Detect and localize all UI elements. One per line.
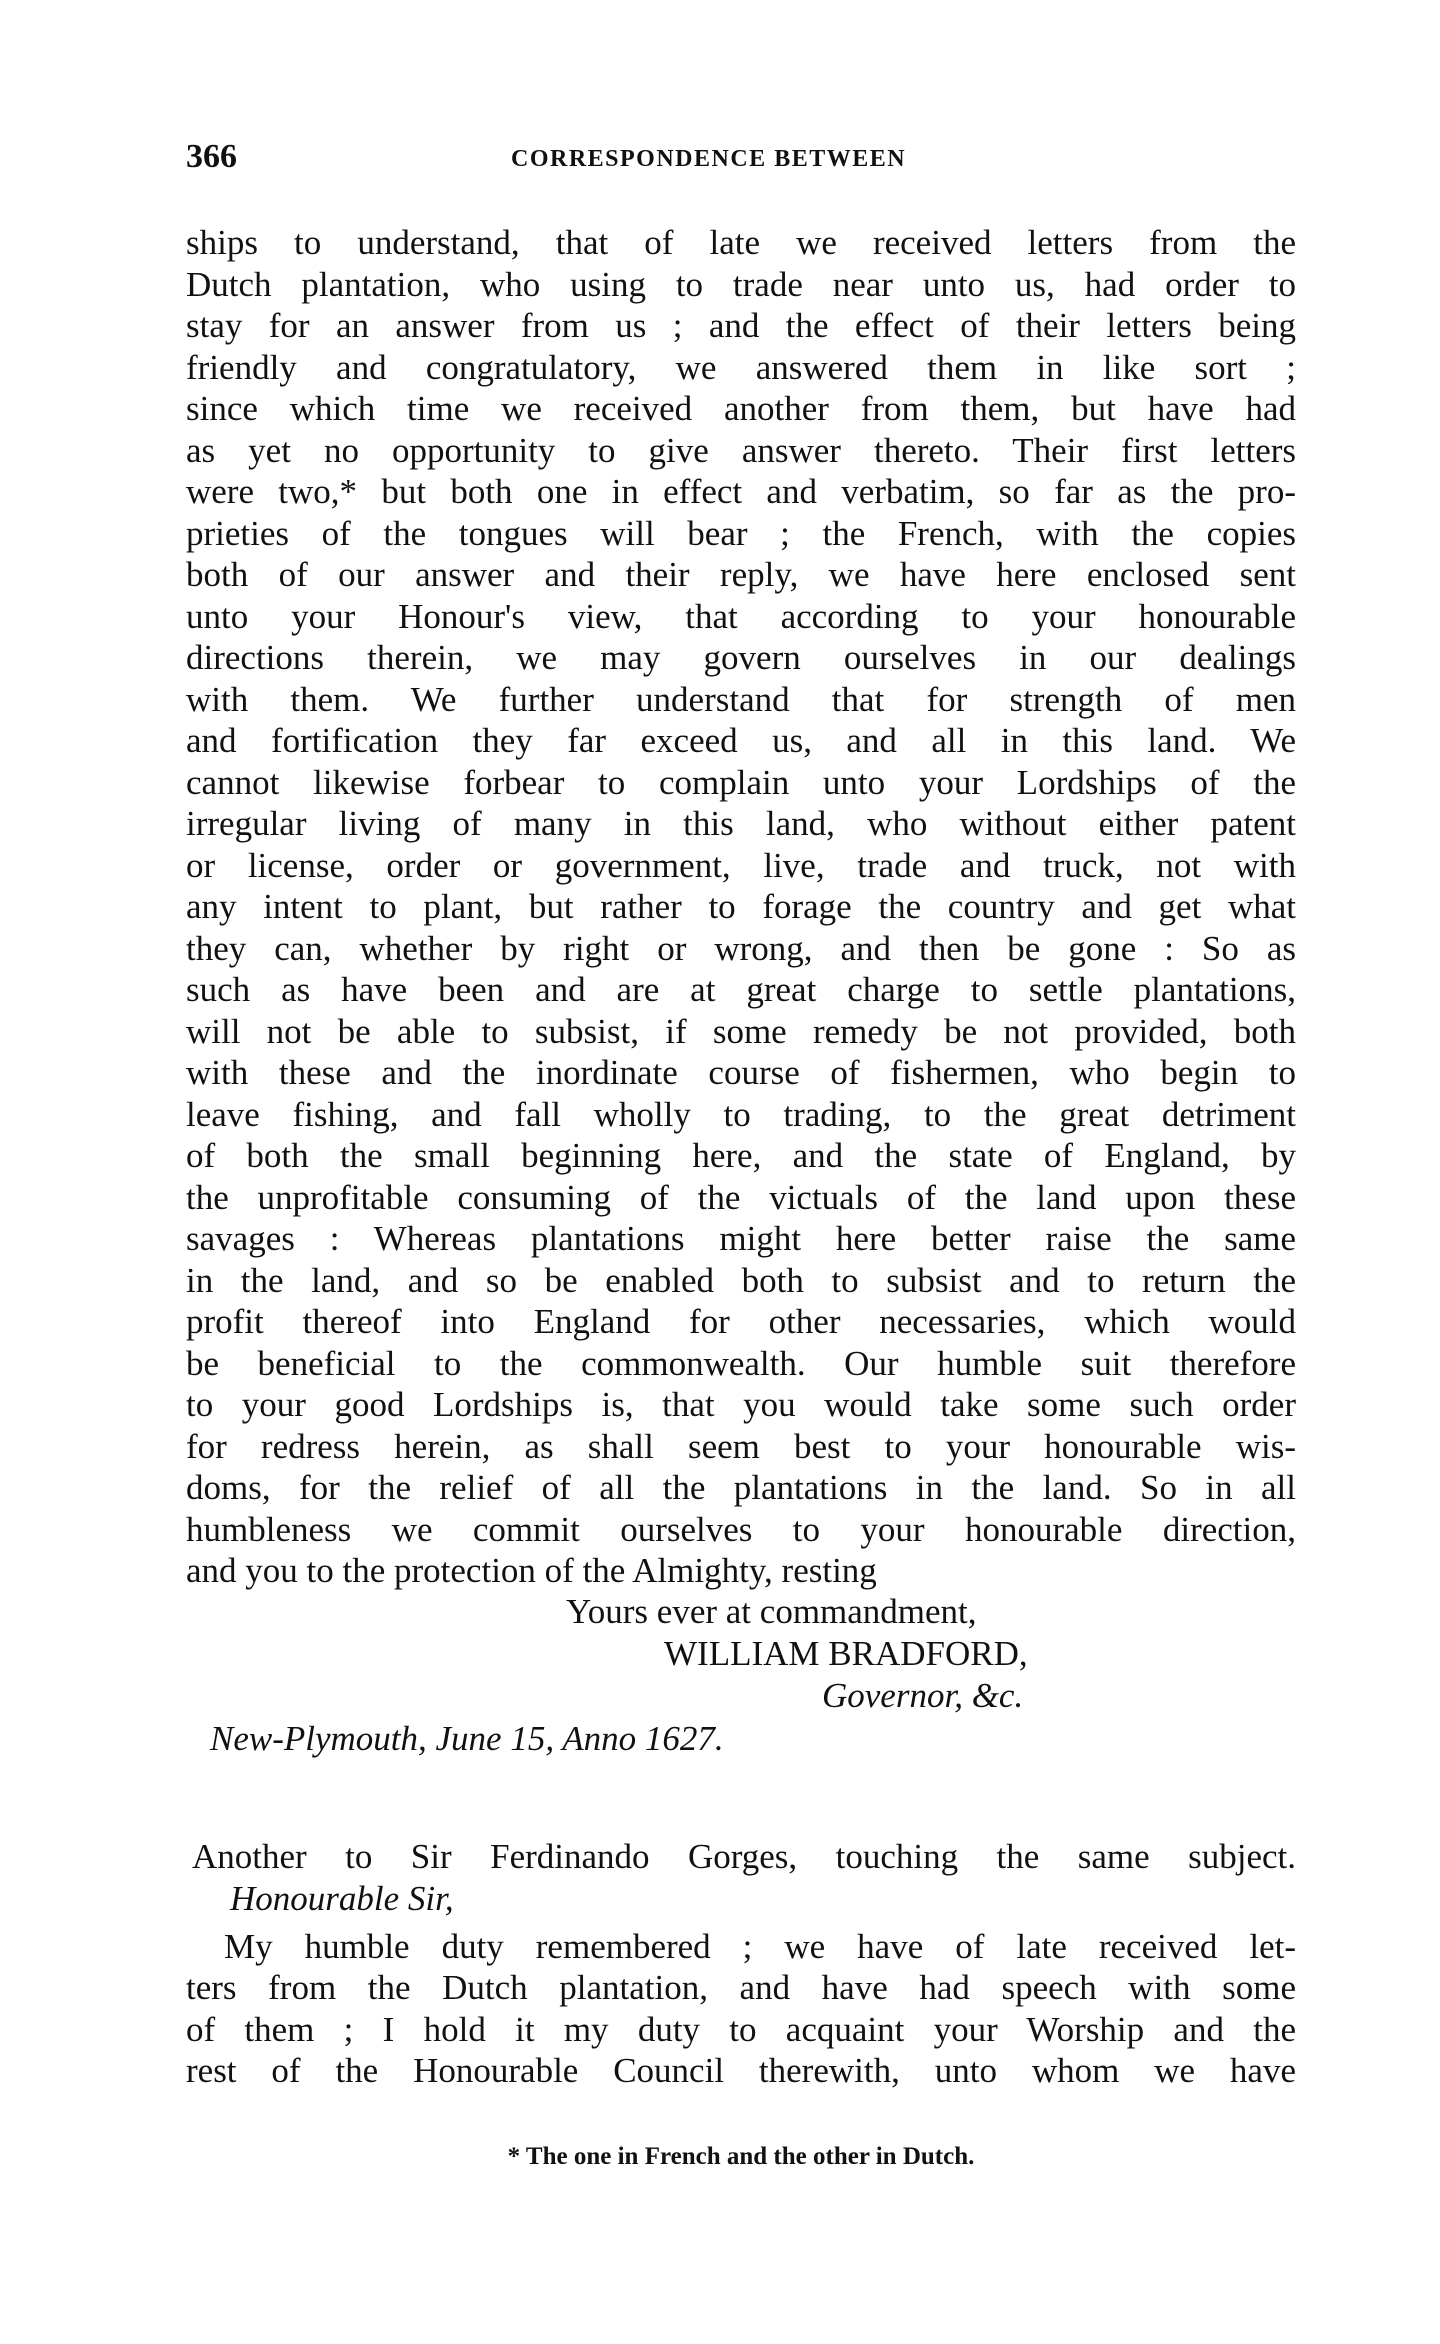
letter-heading: Another to Sir Ferdinando Gorges, touchi… <box>186 1836 1296 1878</box>
text-line: humbleness we commit ourselves to your h… <box>186 1509 1296 1551</box>
text-line: with these and the inordinate course of … <box>186 1052 1296 1094</box>
text-line: ters from the Dutch plantation, and have… <box>186 1967 1296 2009</box>
text-line: since which time we received another fro… <box>186 388 1296 430</box>
text-line: directions therein, we may govern oursel… <box>186 637 1296 679</box>
text-line: of both the small beginning here, and th… <box>186 1135 1296 1177</box>
text-line: such as have been and are at great charg… <box>186 969 1296 1011</box>
text-line: in the land, and so be enabled both to s… <box>186 1260 1296 1302</box>
text-line: irregular living of many in this land, w… <box>186 803 1296 845</box>
text-line: My humble duty remembered ; we have of l… <box>186 1926 1296 1968</box>
text-line: and fortification they far exceed us, an… <box>186 720 1296 762</box>
text-line: the unprofitable consuming of the victua… <box>186 1177 1296 1219</box>
text-line: ships to understand, that of late we rec… <box>186 222 1296 264</box>
second-letter: Another to Sir Ferdinando Gorges, touchi… <box>186 1836 1296 2092</box>
text-line: stay for an answer from us ; and the eff… <box>186 305 1296 347</box>
text-line: cannot likewise forbear to complain unto… <box>186 762 1296 804</box>
text-line: to your good Lordships is, that you woul… <box>186 1384 1296 1426</box>
text-line: be beneficial to the commonwealth. Our h… <box>186 1343 1296 1385</box>
text-line: of them ; I hold it my duty to acquaint … <box>186 2009 1296 2051</box>
text-line: Dutch plantation, who using to trade nea… <box>186 264 1296 306</box>
text-line: as yet no opportunity to give answer the… <box>186 430 1296 472</box>
text-line: friendly and congratulatory, we answered… <box>186 347 1296 389</box>
running-head: 366 CORRESPONDENCE BETWEEN <box>186 138 1296 178</box>
text-line: rest of the Honourable Council therewith… <box>186 2050 1296 2092</box>
letter-closing: Yours ever at commandment, <box>566 1591 977 1633</box>
signature: WILLIAM BRADFORD, <box>664 1633 1028 1675</box>
text-line: or license, order or government, live, t… <box>186 845 1296 887</box>
text-line: doms, for the relief of all the plantati… <box>186 1467 1296 1509</box>
running-title: CORRESPONDENCE BETWEEN <box>511 146 906 173</box>
text-line: and you to the protection of the Almight… <box>186 1550 1296 1592</box>
text-line: unto your Honour's view, that according … <box>186 596 1296 638</box>
text-line: with them. We further understand that fo… <box>186 679 1296 721</box>
page-number: 366 <box>186 138 237 176</box>
text-line: were two,* but both one in effect and ve… <box>186 471 1296 513</box>
letter-body: ships to understand, that of late we rec… <box>186 222 1296 1592</box>
text-line: profit thereof into England for other ne… <box>186 1301 1296 1343</box>
signatory-title: Governor, &c. <box>822 1675 1023 1717</box>
text-line: any intent to plant, but rather to forag… <box>186 886 1296 928</box>
text-line: prieties of the tongues will bear ; the … <box>186 513 1296 555</box>
text-line: for redress herein, as shall seem best t… <box>186 1426 1296 1468</box>
text-line: leave fishing, and fall wholly to tradin… <box>186 1094 1296 1136</box>
text-line: they can, whether by right or wrong, and… <box>186 928 1296 970</box>
salutation: Honourable Sir, <box>186 1878 1296 1926</box>
place-and-date: New-Plymouth, June 15, Anno 1627. <box>210 1718 724 1760</box>
text-line: both of our answer and their reply, we h… <box>186 554 1296 596</box>
footnote: * The one in French and the other in Dut… <box>186 2143 1296 2171</box>
text-line: savages : Whereas plantations might here… <box>186 1218 1296 1260</box>
text-line: will not be able to subsist, if some rem… <box>186 1011 1296 1053</box>
